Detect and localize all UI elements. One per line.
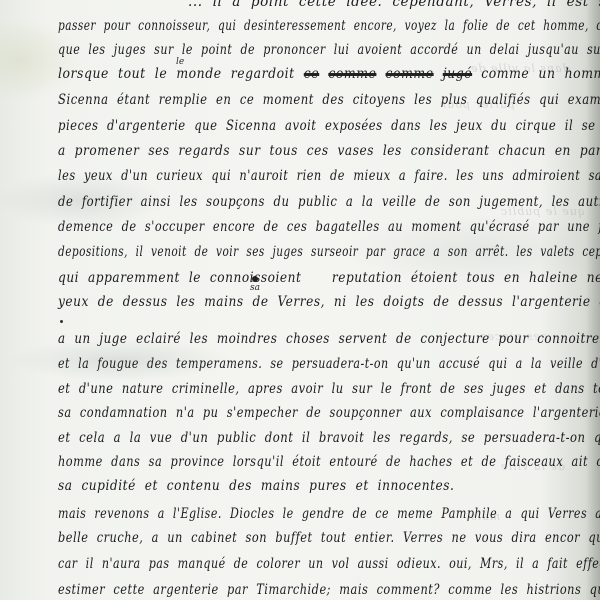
text-line: et d'une nature criminelle, apres avoir … bbox=[58, 381, 600, 397]
text-line: ... il a point cette idée. cependant, Ve… bbox=[188, 0, 600, 10]
text-line: car il n'aura pas manqué de colorer un v… bbox=[58, 556, 600, 572]
struck-word: jugé bbox=[443, 66, 472, 82]
text-line: homme dans sa province lorsqu'il étoit e… bbox=[58, 454, 600, 470]
manuscript-page: dans la ville de parler pour que le publ… bbox=[0, 0, 600, 600]
struck-word: comme bbox=[386, 66, 434, 82]
text-segment: comme un homme mort, la maison de bbox=[481, 66, 600, 82]
text-line: que les juges sur le point de prononcer … bbox=[58, 42, 600, 58]
text-segment: reputation étoient tous en haleine ne le… bbox=[332, 270, 600, 286]
text-line: sa condamnation n'a pu s'empecher de sou… bbox=[58, 405, 600, 421]
text-line: et la fougue des temperamens. se persuad… bbox=[58, 356, 600, 372]
paragraph-mark bbox=[60, 320, 63, 323]
text-line: estimer cette argenterie par Timarchide;… bbox=[58, 582, 600, 598]
text-line: de fortifier ainsi les soupçons du publi… bbox=[58, 194, 600, 210]
text-segment: qui apparemment le connoissoient bbox=[58, 270, 301, 286]
text-line-with-corrections: lorsque tout le monde regardoit ce comme… bbox=[58, 66, 600, 82]
text-line: Sicenna étant remplie en ce moment des c… bbox=[58, 92, 600, 108]
text-line: mais revenons a l'Eglise. Diocles le gen… bbox=[58, 506, 600, 522]
text-segment: lorsque tout le monde regardoit bbox=[58, 66, 295, 82]
interlinear-insertion: le bbox=[176, 57, 184, 67]
text-line: a promener ses regards sur tous ces vase… bbox=[58, 143, 600, 159]
text-line-with-insertion: qui apparemment le connoissoient reputat… bbox=[58, 270, 600, 286]
text-line: demence de s'occuper encore de ces bagat… bbox=[58, 219, 600, 235]
interlinear-insertion: sa bbox=[250, 283, 260, 293]
text-line: passer pour connoisseur, qui desinteress… bbox=[58, 18, 600, 34]
text-line: a un juge eclairé les moindres choses se… bbox=[58, 331, 600, 347]
struck-word: ce bbox=[304, 66, 319, 82]
text-line: sa cupidité et contenu des mains pures e… bbox=[58, 478, 454, 494]
text-line: pieces d'argenterie que Sicenna avoit ex… bbox=[58, 118, 600, 134]
text-line: et cela a la vue d'un public dont il bra… bbox=[58, 430, 600, 446]
struck-word: comme bbox=[328, 66, 376, 82]
text-line: belle cruche, a un cabinet son buffet to… bbox=[58, 530, 600, 546]
text-line: les yeux d'un curieux qui n'auroit rien … bbox=[58, 168, 600, 184]
ink-blot bbox=[252, 276, 258, 282]
text-line: yeux de dessus les mains de Verres, ni l… bbox=[58, 294, 600, 310]
text-line: depositions, il venoit de voir ses juges… bbox=[58, 244, 600, 260]
